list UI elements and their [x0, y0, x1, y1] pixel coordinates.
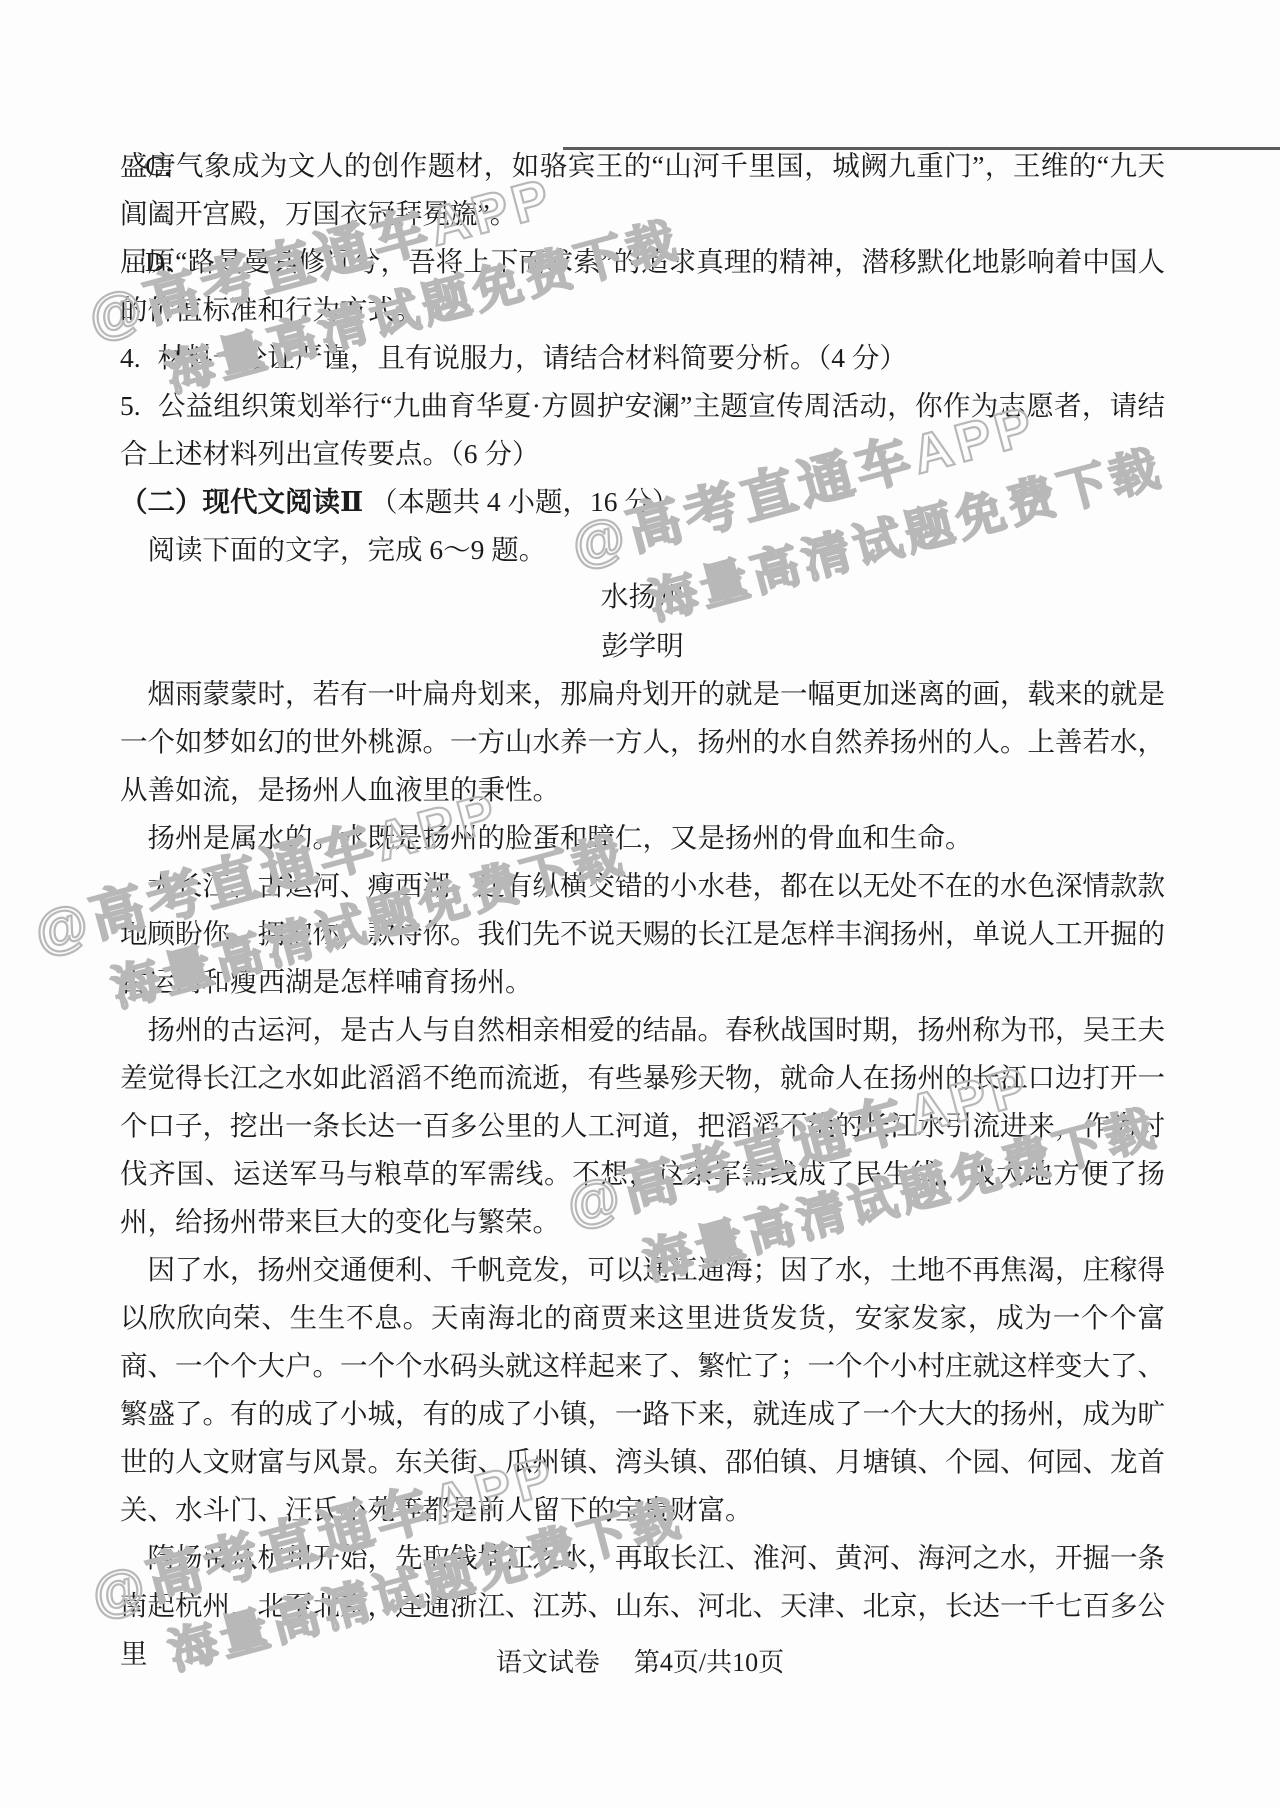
option-d-text: 屈原“路曼曼其修远兮，吾将上下而求索”的追求真理的精神，潜移默化地影响着中国人的… [120, 246, 1165, 325]
option-d-label: D． [145, 238, 192, 286]
passage-paragraph: 大长江、古运河、瘦西湖，还有纵横交错的小水巷，都在以无处不在的水色深情款款地顾盼… [120, 862, 1165, 1006]
page-footer: 语文试卷第4页/共10页 [0, 1642, 1280, 1679]
question-5-number: 5. [120, 390, 141, 421]
passage-paragraph: 扬州的古运河，是古人与自然相亲相爱的结晶。春秋战国时期，扬州称为邗，吴王夫差觉得… [120, 1006, 1165, 1246]
option-c-text: 盛唐气象成为文人的创作题材，如骆宾王的“山河千里国，城阙九重门”，王维的“九天阊… [120, 150, 1165, 229]
section-heading-note: （本题共 4 小题，16 分） [370, 486, 679, 517]
exam-content: C． 盛唐气象成为文人的创作题材，如骆宾王的“山河千里国，城阙九重门”，王维的“… [120, 142, 1165, 1678]
passage-author: 彭学明 [120, 622, 1165, 670]
passage-paragraph: 因了水，扬州交通便利、千帆竞发，可以通江通海；因了水，土地不再焦渴，庄稼得以欣欣… [120, 1246, 1165, 1534]
option-c: C． 盛唐气象成为文人的创作题材，如骆宾王的“山河千里国，城阙九重门”，王维的“… [120, 142, 1165, 238]
option-d: D． 屈原“路曼曼其修远兮，吾将上下而求索”的追求真理的精神，潜移默化地影响着中… [120, 238, 1165, 334]
passage-paragraph: 烟雨蒙蒙时，若有一叶扁舟划来，那扁舟划开的就是一幅更加迷离的画，载来的就是一个如… [120, 670, 1165, 814]
passage-paragraph: 扬州是属水的。水既是扬州的脸蛋和瞳仁，又是扬州的骨血和生命。 [120, 814, 1165, 862]
option-c-label: C． [145, 142, 191, 190]
reading-instruction: 阅读下面的文字，完成 6～9 题。 [120, 526, 1165, 574]
section-heading-title: （二）现代文阅读Ⅱ [120, 486, 363, 517]
passage-title: 水扬州 [120, 574, 1165, 622]
question-5: 5. 公益组织策划举行“九曲育华夏·方圆护安澜”主题宣传周活动，你作为志愿者，请… [120, 382, 1165, 478]
question-5-text: 公益组织策划举行“九曲育华夏·方圆护安澜”主题宣传周活动，你作为志愿者，请结合上… [120, 390, 1165, 469]
question-4-text: 材料一论证严谨，且有说服力，请结合材料简要分析。（4 分） [158, 342, 907, 373]
footer-paper-name: 语文试卷 [496, 1648, 600, 1677]
section-heading: （二）现代文阅读Ⅱ （本题共 4 小题，16 分） [120, 478, 1165, 526]
question-4: 4. 材料一论证严谨，且有说服力，请结合材料简要分析。（4 分） [120, 334, 1165, 382]
footer-page-info: 第4页/共10页 [634, 1648, 784, 1677]
exam-page: @高考直通车APP 海量高清试题免费下载 @高考直通车APP 海量高清试题免费下… [0, 0, 1280, 1807]
question-4-number: 4. [120, 342, 141, 373]
